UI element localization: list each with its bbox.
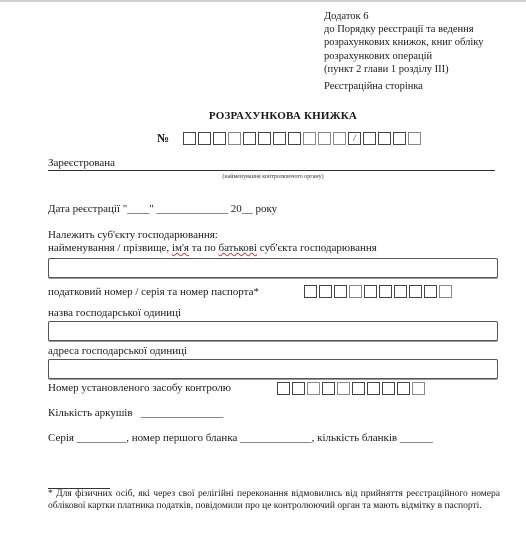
first-blank-label: , номер першого бланка bbox=[126, 432, 237, 444]
tax-digit-box[interactable] bbox=[319, 285, 332, 298]
date-prefix: Дата реєстрації " bbox=[48, 203, 127, 215]
footnote: * Для фізичних осіб, які через свої релі… bbox=[48, 489, 500, 512]
control-digit-box[interactable] bbox=[382, 382, 395, 395]
annex-line: до Порядку реєстрації та ведення bbox=[324, 23, 483, 36]
year-blank[interactable]: 20__ bbox=[231, 203, 253, 215]
annex-line: розрахункових книжок, книг обліку bbox=[324, 36, 483, 49]
unit-address-field[interactable] bbox=[48, 359, 498, 379]
control-digit-box[interactable] bbox=[412, 382, 425, 395]
tax-digit-box[interactable] bbox=[424, 285, 437, 298]
annex-line: (пункт 2 глави 1 розділу ІІІ) bbox=[324, 63, 483, 76]
series-blank[interactable]: _________ bbox=[77, 432, 127, 444]
count-blank[interactable]: ______ bbox=[400, 432, 433, 444]
number-digit-box[interactable] bbox=[243, 132, 256, 145]
unit-name-label: назва господарської одиниці bbox=[48, 307, 181, 319]
sheets-blank[interactable]: _______________ bbox=[141, 407, 224, 419]
control-device-boxes bbox=[277, 382, 425, 395]
control-device-label: Номер установленого засобу контролю bbox=[48, 382, 231, 394]
number-digit-box[interactable] bbox=[198, 132, 211, 145]
year-suffix: року bbox=[255, 203, 277, 215]
number-digit-box[interactable] bbox=[378, 132, 391, 145]
label-part: суб'єкта господарювання bbox=[257, 242, 377, 254]
control-digit-box[interactable] bbox=[367, 382, 380, 395]
tax-digit-box[interactable] bbox=[379, 285, 392, 298]
tax-digit-box[interactable] bbox=[439, 285, 452, 298]
number-sign: № bbox=[157, 131, 169, 146]
owner-name-label: найменування / прізвище, ім'я та по бать… bbox=[48, 242, 377, 254]
number-digit-box[interactable] bbox=[183, 132, 196, 145]
book-number-row: № / bbox=[157, 131, 421, 146]
control-digit-box[interactable] bbox=[322, 382, 335, 395]
controlling-authority-caption: (найменування контролюючого органу) bbox=[0, 174, 526, 180]
tax-digit-box[interactable] bbox=[364, 285, 377, 298]
unit-address-label: адреса господарської одиниці bbox=[48, 345, 187, 357]
annex-header: Додаток 6 до Порядку реєстрації та веден… bbox=[324, 10, 483, 93]
annex-line: розрахункових операцій bbox=[324, 50, 483, 63]
number-digit-box[interactable] bbox=[288, 132, 301, 145]
annex-line: Додаток 6 bbox=[324, 10, 483, 23]
registration-page-label: Реєстраційна сторінка bbox=[324, 80, 483, 93]
control-digit-box[interactable] bbox=[307, 382, 320, 395]
label-part: та по bbox=[189, 242, 218, 254]
number-digit-box[interactable] bbox=[303, 132, 316, 145]
number-digit-box[interactable] bbox=[333, 132, 346, 145]
tax-digit-box[interactable] bbox=[304, 285, 317, 298]
sheets-label: Кількість аркушів bbox=[48, 407, 133, 419]
window-top-border bbox=[0, 0, 526, 2]
series-row: Серія _________, номер першого бланка __… bbox=[48, 432, 433, 444]
number-digit-box[interactable] bbox=[408, 132, 421, 145]
number-digit-box[interactable] bbox=[213, 132, 226, 145]
number-separator-box: / bbox=[348, 132, 361, 145]
tax-digit-box[interactable] bbox=[334, 285, 347, 298]
date-quote: " bbox=[149, 203, 154, 215]
label-part: найменування / прізвище, bbox=[48, 242, 172, 254]
day-blank[interactable]: ____ bbox=[127, 203, 149, 215]
control-digit-box[interactable] bbox=[277, 382, 290, 395]
label-part: батькові bbox=[218, 242, 257, 254]
number-digit-box[interactable] bbox=[363, 132, 376, 145]
registration-date-row: Дата реєстрації "____" _____________ 20_… bbox=[48, 203, 277, 215]
controlling-authority-line[interactable] bbox=[48, 170, 495, 171]
owner-name-field[interactable] bbox=[48, 258, 498, 278]
unit-name-field[interactable] bbox=[48, 321, 498, 341]
document-title: РОЗРАХУНКОВА КНИЖКА bbox=[0, 110, 526, 122]
sheets-row: Кількість аркушів _______________ bbox=[48, 407, 223, 419]
tax-number-boxes bbox=[304, 285, 452, 298]
series-label: Серія bbox=[48, 432, 74, 444]
number-digit-box[interactable] bbox=[258, 132, 271, 145]
tax-digit-box[interactable] bbox=[409, 285, 422, 298]
label-part: ім'я bbox=[172, 242, 189, 254]
book-number-boxes: / bbox=[183, 132, 421, 145]
registered-label: Зареєстрована bbox=[48, 157, 115, 169]
owner-heading: Належить суб'єкту господарювання: bbox=[48, 229, 218, 241]
control-digit-box[interactable] bbox=[337, 382, 350, 395]
control-digit-box[interactable] bbox=[352, 382, 365, 395]
number-digit-box[interactable] bbox=[393, 132, 406, 145]
control-digit-box[interactable] bbox=[397, 382, 410, 395]
tax-number-label: податковий номер / серія та номер паспор… bbox=[48, 286, 259, 298]
count-label: , кількість бланків bbox=[312, 432, 397, 444]
month-blank[interactable]: _____________ bbox=[156, 203, 228, 215]
number-digit-box[interactable] bbox=[273, 132, 286, 145]
number-digit-box[interactable] bbox=[228, 132, 241, 145]
tax-digit-box[interactable] bbox=[349, 285, 362, 298]
control-digit-box[interactable] bbox=[292, 382, 305, 395]
number-digit-box[interactable] bbox=[318, 132, 331, 145]
first-blank-blank[interactable]: _____________ bbox=[240, 432, 312, 444]
tax-digit-box[interactable] bbox=[394, 285, 407, 298]
